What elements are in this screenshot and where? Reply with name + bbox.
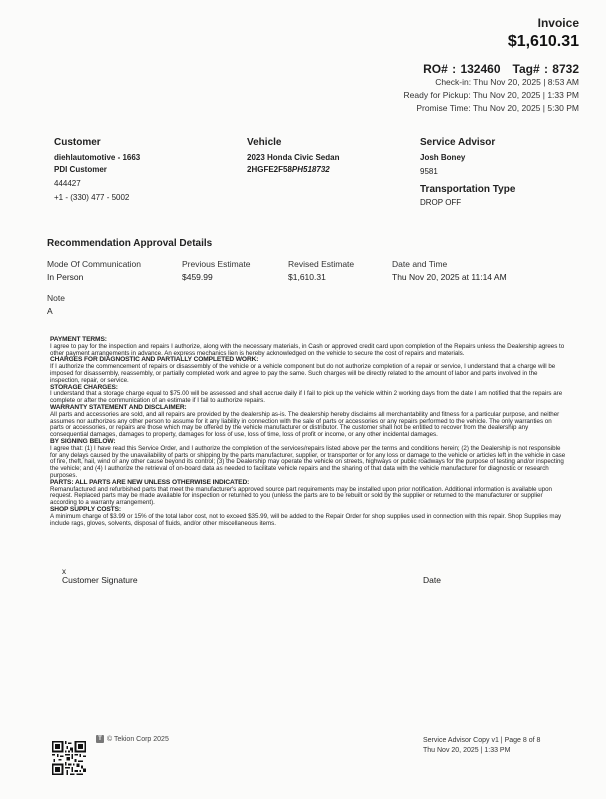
service-advisor-name: Josh Boney <box>420 152 495 164</box>
vehicle-description: 2023 Honda Civic Sedan <box>247 152 339 164</box>
terms-body-shop-supply: A minimum charge of $3.99 or 15% of the … <box>50 514 566 528</box>
service-advisor-id: 9581 <box>420 166 495 178</box>
previous-estimate-value: $459.99 <box>182 272 213 282</box>
customer-phone: +1 - (330) 477 - 5002 <box>54 192 140 204</box>
tag-number: Tag# : 8732 <box>513 62 579 76</box>
copy-page-info: Service Advisor Copy v1 | Page 8 of 8 <box>423 736 540 746</box>
transportation-title: Transportation Type <box>420 183 515 196</box>
invoice-label: Invoice <box>404 16 579 30</box>
tekion-logo-icon: T <box>96 735 104 743</box>
terms-body-diagnostic: If I authorize the commencement of repai… <box>50 364 566 384</box>
transportation-value: DROP OFF <box>420 197 515 209</box>
printed-timestamp: Thu Nov 20, 2025 | 1:33 PM <box>423 746 540 756</box>
terms-and-conditions: PAYMENT TERMS: I agree to pay for the in… <box>50 337 566 527</box>
vin-suffix: PH518732 <box>292 165 330 174</box>
promise-time: Promise Time: Thu Nov 20, 2025 | 5:30 PM <box>404 102 579 115</box>
customer-type: PDI Customer <box>54 164 140 176</box>
customer-id: 444427 <box>54 178 140 190</box>
mode-value: In Person <box>47 272 83 282</box>
terms-body-parts: Remanufactured and refurbished parts tha… <box>50 487 566 507</box>
terms-body-warranty: All parts and accessories are sold, and … <box>50 412 566 439</box>
approval-title: Recommendation Approval Details <box>47 238 212 249</box>
terms-body-payment: I agree to pay for the inspection and re… <box>50 344 566 358</box>
customer-section: Customer diehlautomotive - 1663 PDI Cust… <box>54 136 140 204</box>
signature-date-label: Date <box>423 575 441 585</box>
revised-estimate-value: $1,610.31 <box>288 272 326 282</box>
note-label: Note <box>47 293 65 303</box>
invoice-total: $1,610.31 <box>404 32 579 52</box>
service-advisor-section: Service Advisor Josh Boney 9581 <box>420 136 495 178</box>
ro-number: RO# : 132460 <box>423 62 500 76</box>
ready-for-pickup-time: Ready for Pickup: Thu Nov 20, 2025 | 1:3… <box>404 89 579 102</box>
vehicle-title: Vehicle <box>247 136 339 149</box>
vehicle-vin: 2HGFE2F58PH518732 <box>247 164 339 176</box>
ro-tag-line: RO# : 132460Tag# : 8732 <box>404 62 579 76</box>
customer-name: diehlautomotive - 1663 <box>54 152 140 164</box>
service-advisor-title: Service Advisor <box>420 136 495 149</box>
note-value: A <box>47 306 53 316</box>
vehicle-section: Vehicle 2023 Honda Civic Sedan 2HGFE2F58… <box>247 136 339 176</box>
transportation-section: Transportation Type DROP OFF <box>420 183 515 209</box>
customer-title: Customer <box>54 136 140 149</box>
revised-estimate-label: Revised Estimate <box>288 259 354 269</box>
vin-prefix: 2HGFE2F58 <box>247 165 292 174</box>
terms-body-signing: I agree that: (1) I have read this Servi… <box>50 446 566 480</box>
datetime-value: Thu Nov 20, 2025 at 11:14 AM <box>392 272 507 282</box>
datetime-label: Date and Time <box>392 259 447 269</box>
mode-label: Mode Of Communication <box>47 259 141 269</box>
check-in-time: Check-in: Thu Nov 20, 2025 | 8:53 AM <box>404 76 579 89</box>
qr-code-icon <box>52 741 86 775</box>
previous-estimate-label: Previous Estimate <box>182 259 251 269</box>
customer-signature-label: Customer Signature <box>62 575 138 585</box>
terms-body-storage: I understand that a storage charge equal… <box>50 391 566 405</box>
invoice-header: Invoice $1,610.31 RO# : 132460Tag# : 873… <box>404 16 579 115</box>
footer-info: Service Advisor Copy v1 | Page 8 of 8 Th… <box>423 736 540 755</box>
tekion-copyright: T © Tekion Corp 2025 <box>96 735 169 743</box>
copyright-text: © Tekion Corp 2025 <box>107 736 169 743</box>
